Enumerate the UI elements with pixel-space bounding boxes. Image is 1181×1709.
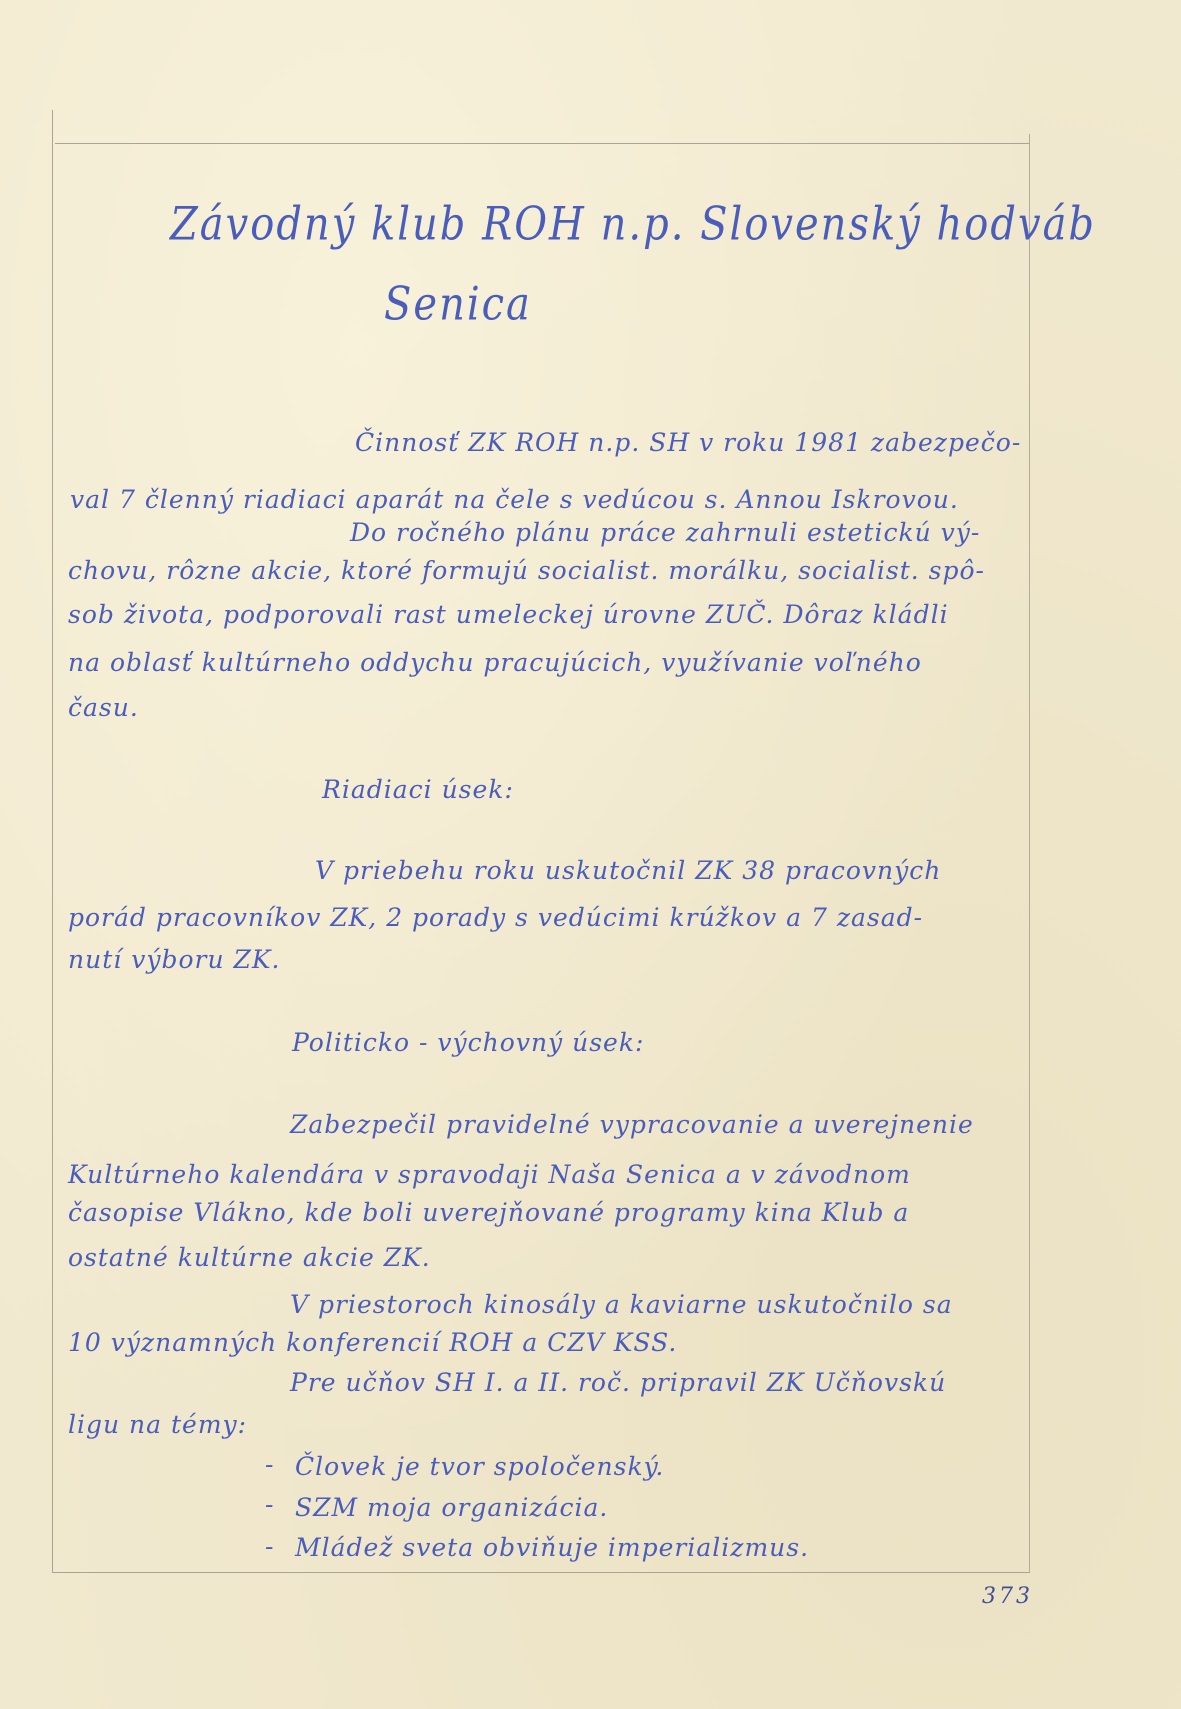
political-line: V priestoroch kinosály a kaviarne uskuto…	[290, 1290, 953, 1319]
list-item: SZM moja organizácia.	[295, 1493, 608, 1522]
frame-top-rule	[55, 143, 1030, 144]
management-line: nutí výboru ZK.	[68, 945, 281, 974]
document-title: Závodný klub ROH n.p. Slovenský hodváb	[170, 198, 1096, 251]
intro-line: času.	[68, 693, 139, 722]
intro-line: na oblasť kultúrneho oddychu pracujúcich…	[68, 648, 922, 677]
political-line: ligu na témy:	[68, 1410, 247, 1439]
management-line: porád pracovníkov ZK, 2 porady s vedúcim…	[68, 903, 923, 932]
list-bullet: -	[265, 1450, 274, 1479]
intro-line: Činnosť ZK ROH n.p. SH v roku 1981 zabez…	[355, 428, 1021, 457]
document-subtitle: Senica	[384, 278, 532, 331]
management-line: V priebehu roku uskutočnil ZK 38 pracovn…	[315, 856, 941, 885]
list-item: Mládež sveta obviňuje imperializmus.	[295, 1533, 809, 1562]
section-heading-management: Riadiaci úsek:	[322, 775, 514, 804]
frame-left-rule	[52, 110, 53, 1572]
intro-line: sob života, podporovali rast umeleckej ú…	[68, 600, 949, 629]
page-number: 373	[982, 1584, 1033, 1609]
intro-line: val 7 členný riadiaci aparát na čele s v…	[70, 485, 959, 514]
political-line: Pre učňov SH I. a II. roč. pripravil ZK …	[290, 1368, 946, 1397]
political-line: Kultúrneho kalendára v spravodaji Naša S…	[68, 1160, 911, 1189]
section-heading-political: Politicko - výchovný úsek:	[292, 1028, 644, 1057]
list-bullet: -	[265, 1490, 274, 1519]
political-line: 10 významných konferencií ROH a CZV KSS.	[68, 1328, 677, 1357]
intro-line: chovu, rôzne akcie, ktoré formujú social…	[68, 556, 985, 585]
list-item: Človek je tvor spoločenský.	[295, 1452, 664, 1481]
list-bullet: -	[265, 1532, 274, 1561]
frame-right-rule	[1029, 134, 1030, 1572]
intro-line: Do ročného plánu práce zahrnuli estetick…	[350, 518, 980, 547]
frame-bottom-rule	[52, 1572, 1030, 1573]
political-line: Zabezpečil pravidelné vypracovanie a uve…	[290, 1110, 974, 1139]
political-line: časopise Vlákno, kde boli uverejňované p…	[68, 1198, 909, 1227]
political-line: ostatné kultúrne akcie ZK.	[68, 1243, 431, 1272]
